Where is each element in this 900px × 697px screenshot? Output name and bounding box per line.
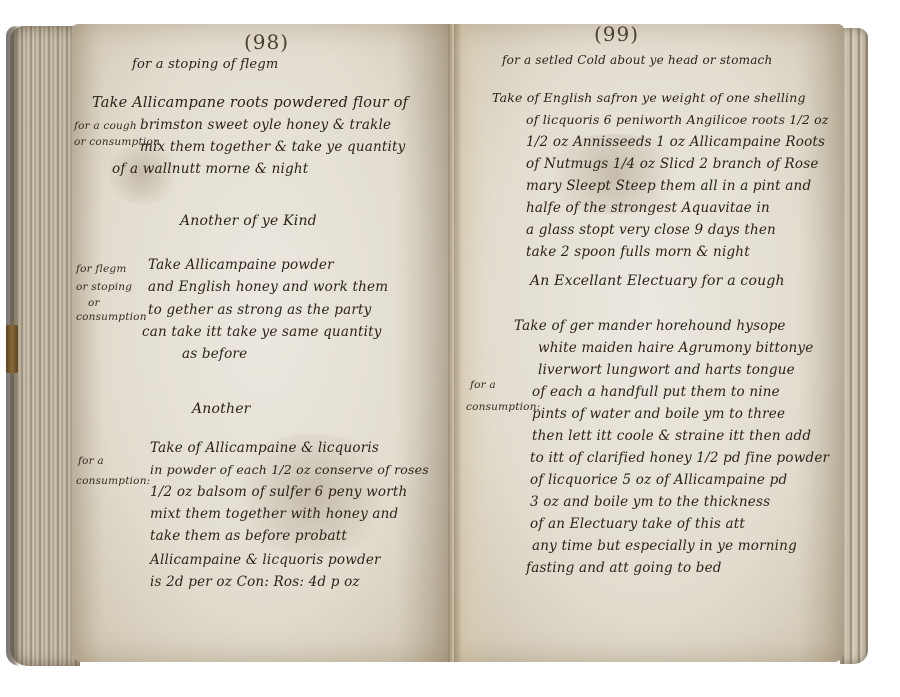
recipe-line: Take Allicampaine powder (148, 259, 334, 273)
margin-note: or consumption (74, 137, 160, 148)
margin-note: consumption (76, 312, 147, 323)
recipe-line: take them as before probatt (150, 530, 347, 544)
recipe-line: of licquoris 6 peniworth Angilicoe roots… (526, 114, 829, 127)
margin-note: or stoping (76, 282, 132, 293)
recipe-line: Take of ger mander horehound hysope (514, 320, 786, 334)
recipe-line: mixt them together with honey and (150, 508, 398, 522)
recipe-line: any time but especially in ye morning (532, 540, 797, 554)
recipe-line: mix them together & take ye quantity (140, 141, 406, 155)
recipe-line: Take of Allicampaine & licquoris (150, 442, 379, 456)
recipe-line: then lett itt coole & straine itt then a… (532, 430, 811, 444)
recipe-line: Take of English safron ye weight of one … (492, 92, 806, 105)
left-page: (98) for a stoping of flegm Take Allicam… (72, 24, 454, 662)
recipe-line: white maiden haire Agrumony bittonye (538, 342, 813, 356)
recipe-line: in powder of each 1/2 oz conserve of ros… (150, 464, 429, 477)
margin-note: for a cough (74, 121, 137, 132)
recipe-line: 1/2 oz balsom of sulfer 6 peny worth (150, 486, 407, 500)
page-number: (98) (244, 32, 289, 52)
recipe-line: pints of water and boile ym to three (532, 408, 785, 422)
right-page-stack-edge (840, 28, 868, 664)
recipe-line: can take itt take ye same quantity (142, 326, 382, 340)
recipe-title: Another (192, 402, 251, 416)
recipe-line: brimston sweet oyle honey & trakle (140, 119, 391, 133)
recipe-line: of licquorice 5 oz of Allicampaine pd (530, 474, 787, 488)
recipe-line: fasting and att going to bed (526, 562, 722, 576)
recipe-line: of a wallnutt morne & night (112, 163, 308, 177)
margin-note: consumption: (466, 402, 540, 413)
recipe-title: for a setled Cold about ye head or stoma… (502, 54, 772, 66)
recipe-line: of Nutmugs 1/4 oz Slicd 2 branch of Rose (526, 158, 819, 172)
recipe-line: halfe of the strongest Aquavitae in (526, 202, 770, 216)
recipe-note-line: is 2d per oz Con: Ros: 4d p oz (150, 576, 360, 590)
recipe-title: Another of ye Kind (180, 214, 317, 228)
recipe-line: of each a handfull put them to nine (532, 386, 780, 400)
recipe-line: a glass stopt very close 9 days then (526, 224, 776, 238)
margin-note: consumption: (76, 476, 150, 487)
right-page: (99) for a setled Cold about ye head or … (454, 24, 844, 662)
recipe-title: An Excellant Electuary for a cough (530, 274, 785, 288)
recipe-line: as before (182, 348, 247, 362)
left-page-stack-edge (10, 26, 80, 666)
recipe-line: 3 oz and boile ym to the thickness (530, 496, 770, 510)
recipe-line: take 2 spoon fulls morn & night (526, 246, 750, 260)
book-clasp (6, 325, 18, 373)
margin-note: for flegm (76, 264, 127, 275)
recipe-line: mary Sleept Steep them all in a pint and (526, 180, 811, 194)
recipe-line: of an Electuary take of this att (530, 518, 745, 532)
margin-note: for a (78, 456, 104, 467)
open-manuscript-book: (98) for a stoping of flegm Take Allicam… (0, 0, 900, 697)
recipe-note-line: Allicampaine & licquoris powder (150, 554, 381, 568)
recipe-line: liverwort lungwort and harts tongue (538, 364, 795, 378)
margin-note: or (88, 298, 100, 309)
page-number: (99) (594, 24, 639, 44)
recipe-line: to itt of clarified honey 1/2 pd fine po… (530, 452, 829, 466)
recipe-line: and English honey and work them (148, 281, 388, 295)
recipe-line: 1/2 oz Annisseeds 1 oz Allicampaine Root… (526, 136, 825, 150)
margin-note: for a (470, 380, 496, 391)
recipe-line: Take Allicampane roots powdered flour of (92, 96, 408, 111)
recipe-line: to gether as strong as the party (148, 304, 371, 318)
recipe-title: for a stoping of flegm (132, 58, 278, 71)
